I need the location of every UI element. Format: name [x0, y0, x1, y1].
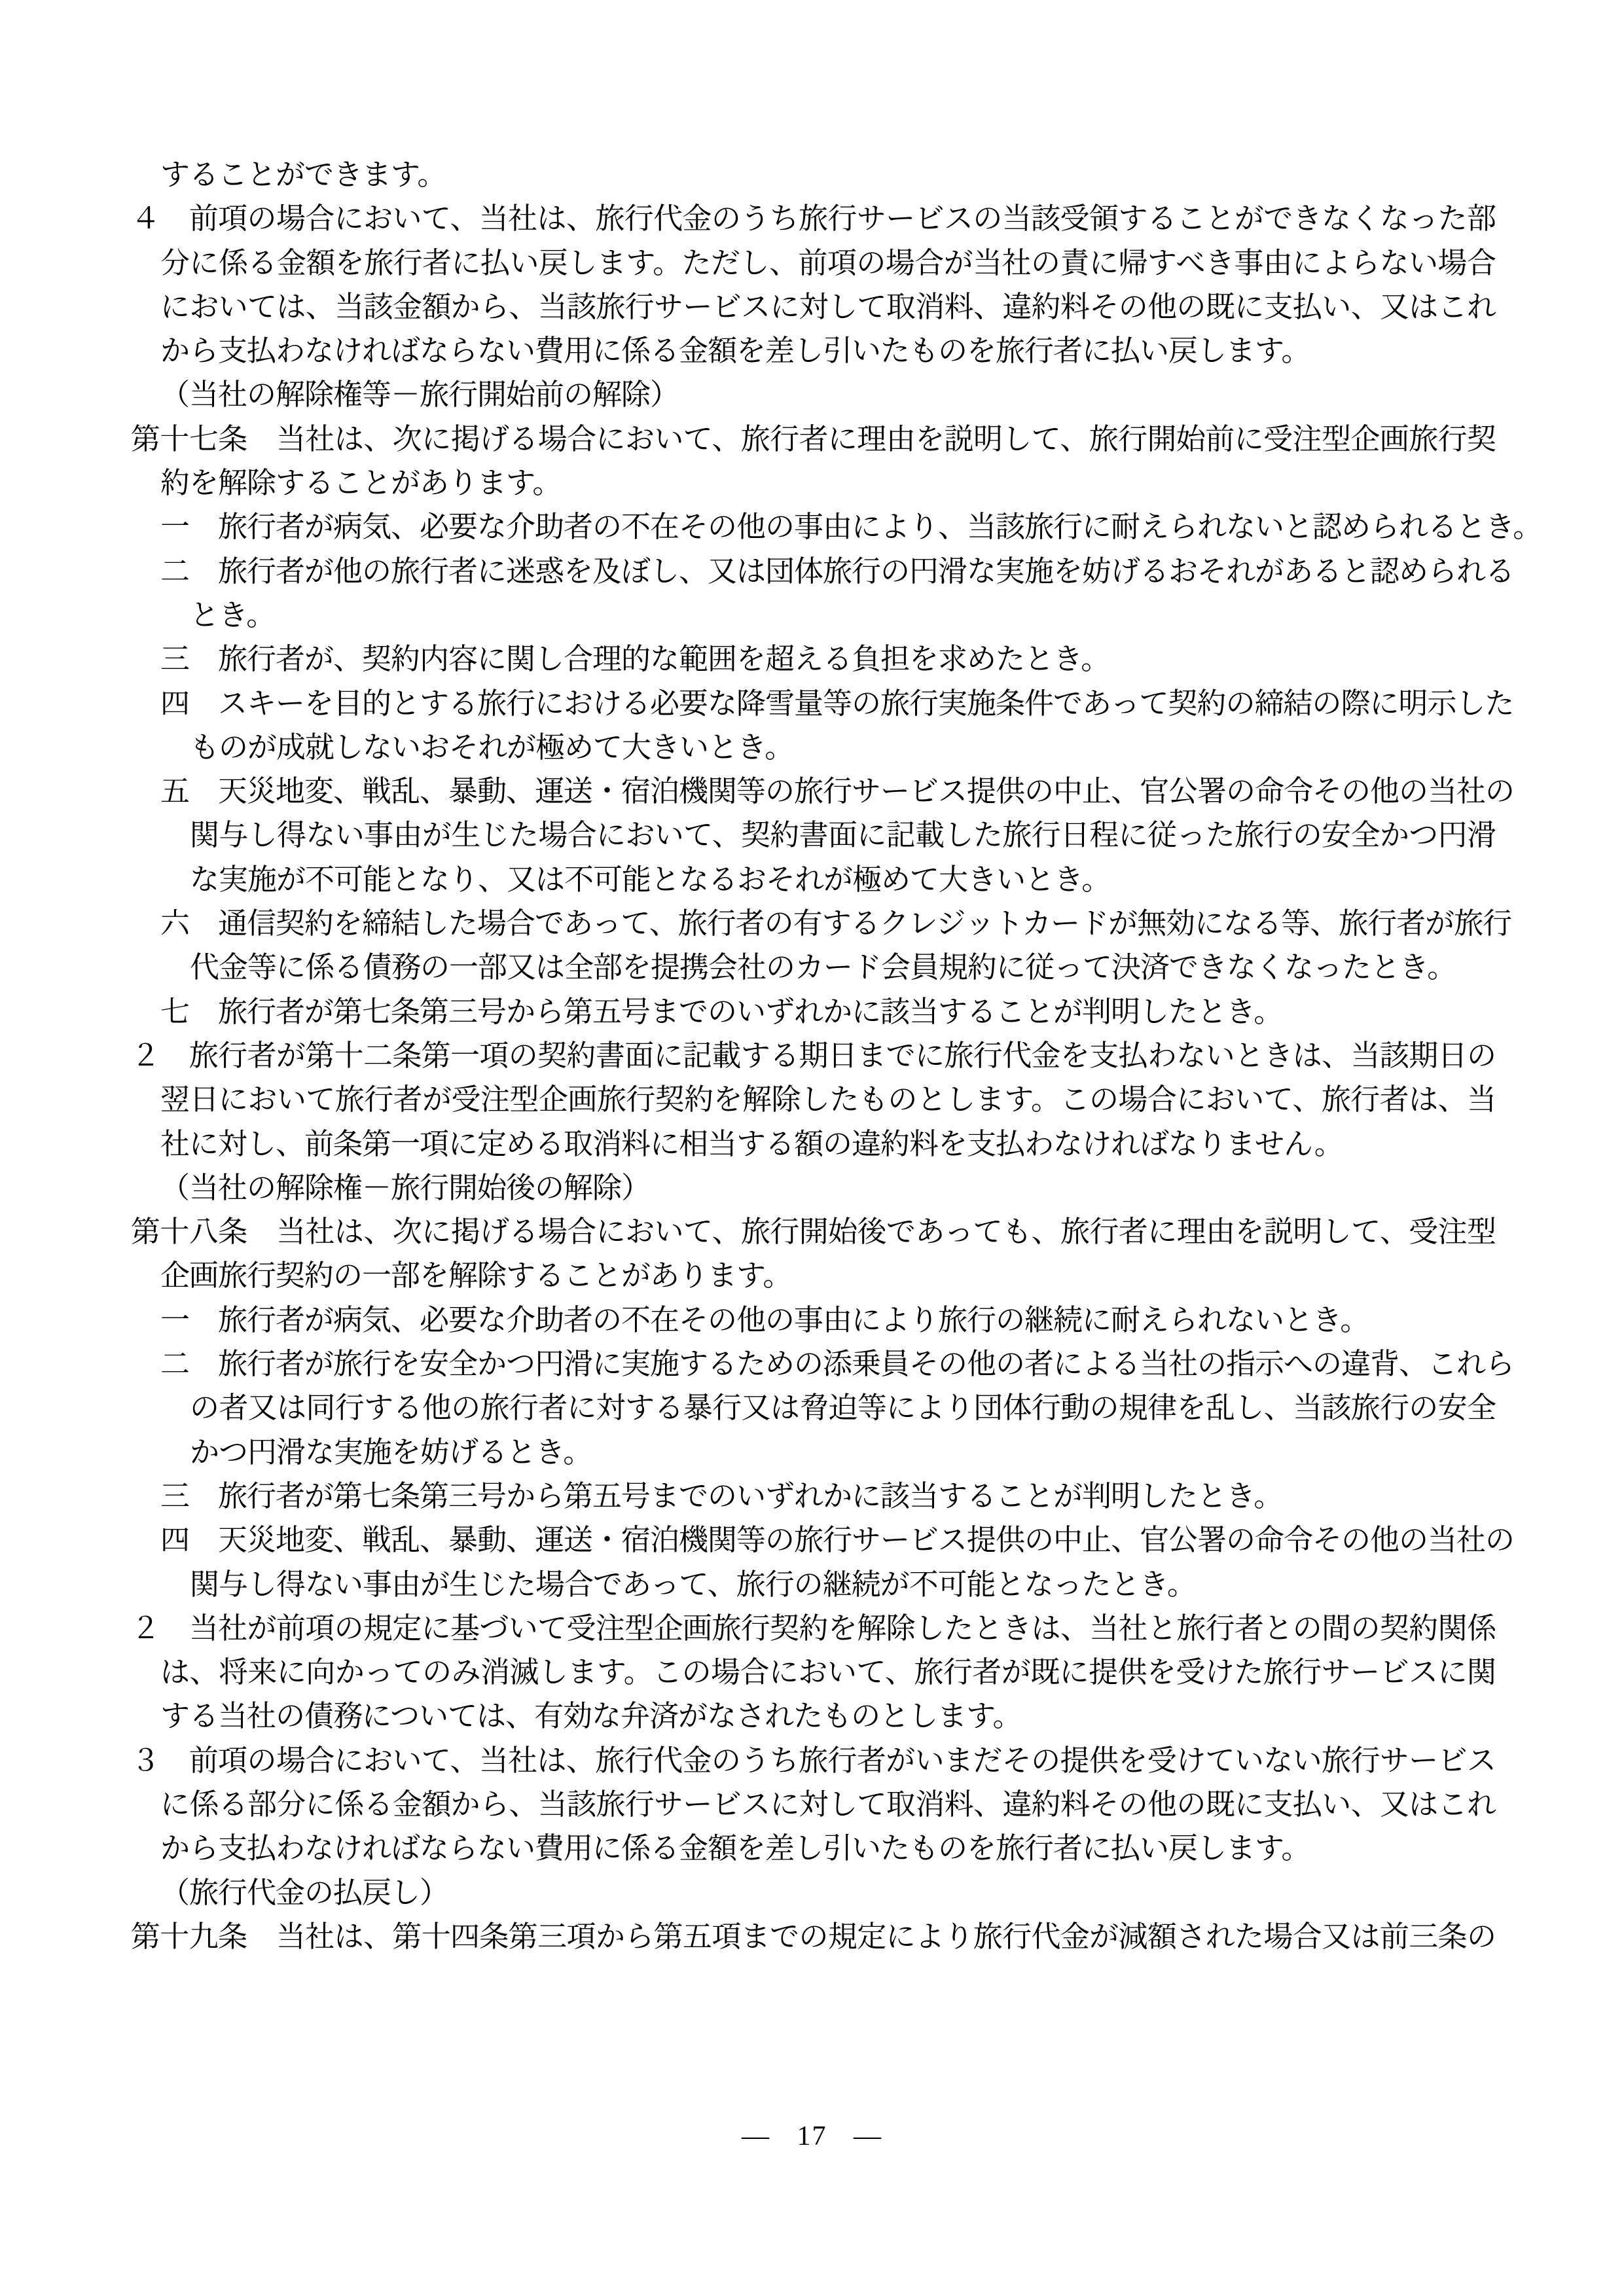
text-line-6: （当社の解除権等－旅行開始前の解除）	[131, 373, 1496, 417]
text-line-18: 六 通信契約を締結した場合であって、旅行者の有するクレジットカードが無効になる等…	[131, 902, 1496, 946]
text-line-38: に係る部分に係る金額から、当該旅行サービスに対して取消料、違約料その他の既に支払…	[131, 1783, 1496, 1827]
text-line-12: 三 旅行者が、契約内容に関し合理的な範囲を超える負担を求めたとき。	[131, 637, 1496, 681]
document-body: することができます。４ 前項の場合において、当社は、旅行代金のうち旅行サービスの…	[131, 153, 1496, 1959]
page-number: — 17 —	[0, 2121, 1624, 2152]
text-line-20: 七 旅行者が第七条第三号から第五号までのいずれかに該当することが判明したとき。	[131, 990, 1496, 1034]
text-line-32: 四 天災地変、戦乱、暴動、運送・宿泊機関等の旅行サービス提供の中止、官公署の命令…	[131, 1518, 1496, 1562]
text-line-41: 第十九条 当社は、第十四条第三項から第五項までの規定により旅行代金が減額された場…	[131, 1915, 1496, 1959]
text-line-30: かつ円滑な実施を妨げるとき。	[131, 1431, 1496, 1475]
text-line-22: 翌日において旅行者が受注型企画旅行契約を解除したものとします。この場合において、…	[131, 1078, 1496, 1122]
text-line-14: ものが成就しないおそれが極めて大きいとき。	[131, 726, 1496, 770]
text-line-39: から支払わなければならない費用に係る金額を差し引いたものを旅行者に払い戻します。	[131, 1827, 1496, 1871]
text-line-5: から支払わなければならない費用に係る金額を差し引いたものを旅行者に払い戻します。	[131, 329, 1496, 373]
text-line-33: 関与し得ない事由が生じた場合であって、旅行の継続が不可能となったとき。	[131, 1563, 1496, 1607]
text-line-11: とき。	[131, 594, 1496, 637]
text-line-2: ４ 前項の場合において、当社は、旅行代金のうち旅行サービスの当該受領することがで…	[131, 197, 1496, 241]
text-line-35: は、将来に向かってのみ消滅します。この場合において、旅行者が既に提供を受けた旅行…	[131, 1651, 1496, 1695]
document-page: することができます。４ 前項の場合において、当社は、旅行代金のうち旅行サービスの…	[0, 0, 1624, 2296]
text-line-29: の者又は同行する他の旅行者に対する暴行又は脅迫等により団体行動の規律を乱し、当該…	[131, 1386, 1496, 1430]
text-line-25: 第十八条 当社は、次に掲げる場合において、旅行開始後であっても、旅行者に理由を説…	[131, 1210, 1496, 1254]
text-line-40: （旅行代金の払戻し）	[131, 1871, 1496, 1915]
text-line-28: 二 旅行者が旅行を安全かつ円滑に実施するための添乗員その他の者による当社の指示へ…	[131, 1342, 1496, 1386]
text-line-9: 一 旅行者が病気、必要な介助者の不在その他の事由により、当該旅行に耐えられないと…	[131, 505, 1496, 549]
text-line-27: 一 旅行者が病気、必要な介助者の不在その他の事由により旅行の継続に耐えられないと…	[131, 1299, 1496, 1342]
text-line-24: （当社の解除権－旅行開始後の解除）	[131, 1166, 1496, 1210]
text-line-31: 三 旅行者が第七条第三号から第五号までのいずれかに該当することが判明したとき。	[131, 1475, 1496, 1518]
text-line-19: 代金等に係る債務の一部又は全部を提携会社のカード会員規約に従って決済できなくなっ…	[131, 946, 1496, 990]
text-line-16: 関与し得ない事由が生じた場合において、契約書面に記載した旅行日程に従った旅行の安…	[131, 814, 1496, 857]
text-line-36: する当社の債務については、有効な弁済がなされたものとします。	[131, 1695, 1496, 1738]
text-line-21: ２ 旅行者が第十二条第一項の契約書面に記載する期日までに旅行代金を支払わないとき…	[131, 1034, 1496, 1078]
text-line-8: 約を解除することがあります。	[131, 461, 1496, 505]
text-line-17: な実施が不可能となり、又は不可能となるおそれが極めて大きいとき。	[131, 858, 1496, 902]
text-line-13: 四 スキーを目的とする旅行における必要な降雪量等の旅行実施条件であって契約の締結…	[131, 682, 1496, 726]
text-line-15: 五 天災地変、戦乱、暴動、運送・宿泊機関等の旅行サービス提供の中止、官公署の命令…	[131, 770, 1496, 814]
text-line-10: 二 旅行者が他の旅行者に迷惑を及ぼし、又は団体旅行の円滑な実施を妨げるおそれがあ…	[131, 550, 1496, 594]
text-line-37: ３ 前項の場合において、当社は、旅行代金のうち旅行者がいまだその提供を受けていな…	[131, 1739, 1496, 1783]
text-line-3: 分に係る金額を旅行者に払い戻します。ただし、前項の場合が当社の責に帰すべき事由に…	[131, 242, 1496, 285]
text-line-26: 企画旅行契約の一部を解除することがあります。	[131, 1254, 1496, 1298]
text-line-34: ２ 当社が前項の規定に基づいて受注型企画旅行契約を解除したときは、当社と旅行者と…	[131, 1607, 1496, 1651]
text-line-7: 第十七条 当社は、次に掲げる場合において、旅行者に理由を説明して、旅行開始前に受…	[131, 418, 1496, 461]
text-line-23: 社に対し、前条第一項に定める取消料に相当する額の違約料を支払わなければなりません…	[131, 1122, 1496, 1166]
text-line-4: においては、当該金額から、当該旅行サービスに対して取消料、違約料その他の既に支払…	[131, 285, 1496, 329]
text-line-1: することができます。	[131, 153, 1496, 197]
